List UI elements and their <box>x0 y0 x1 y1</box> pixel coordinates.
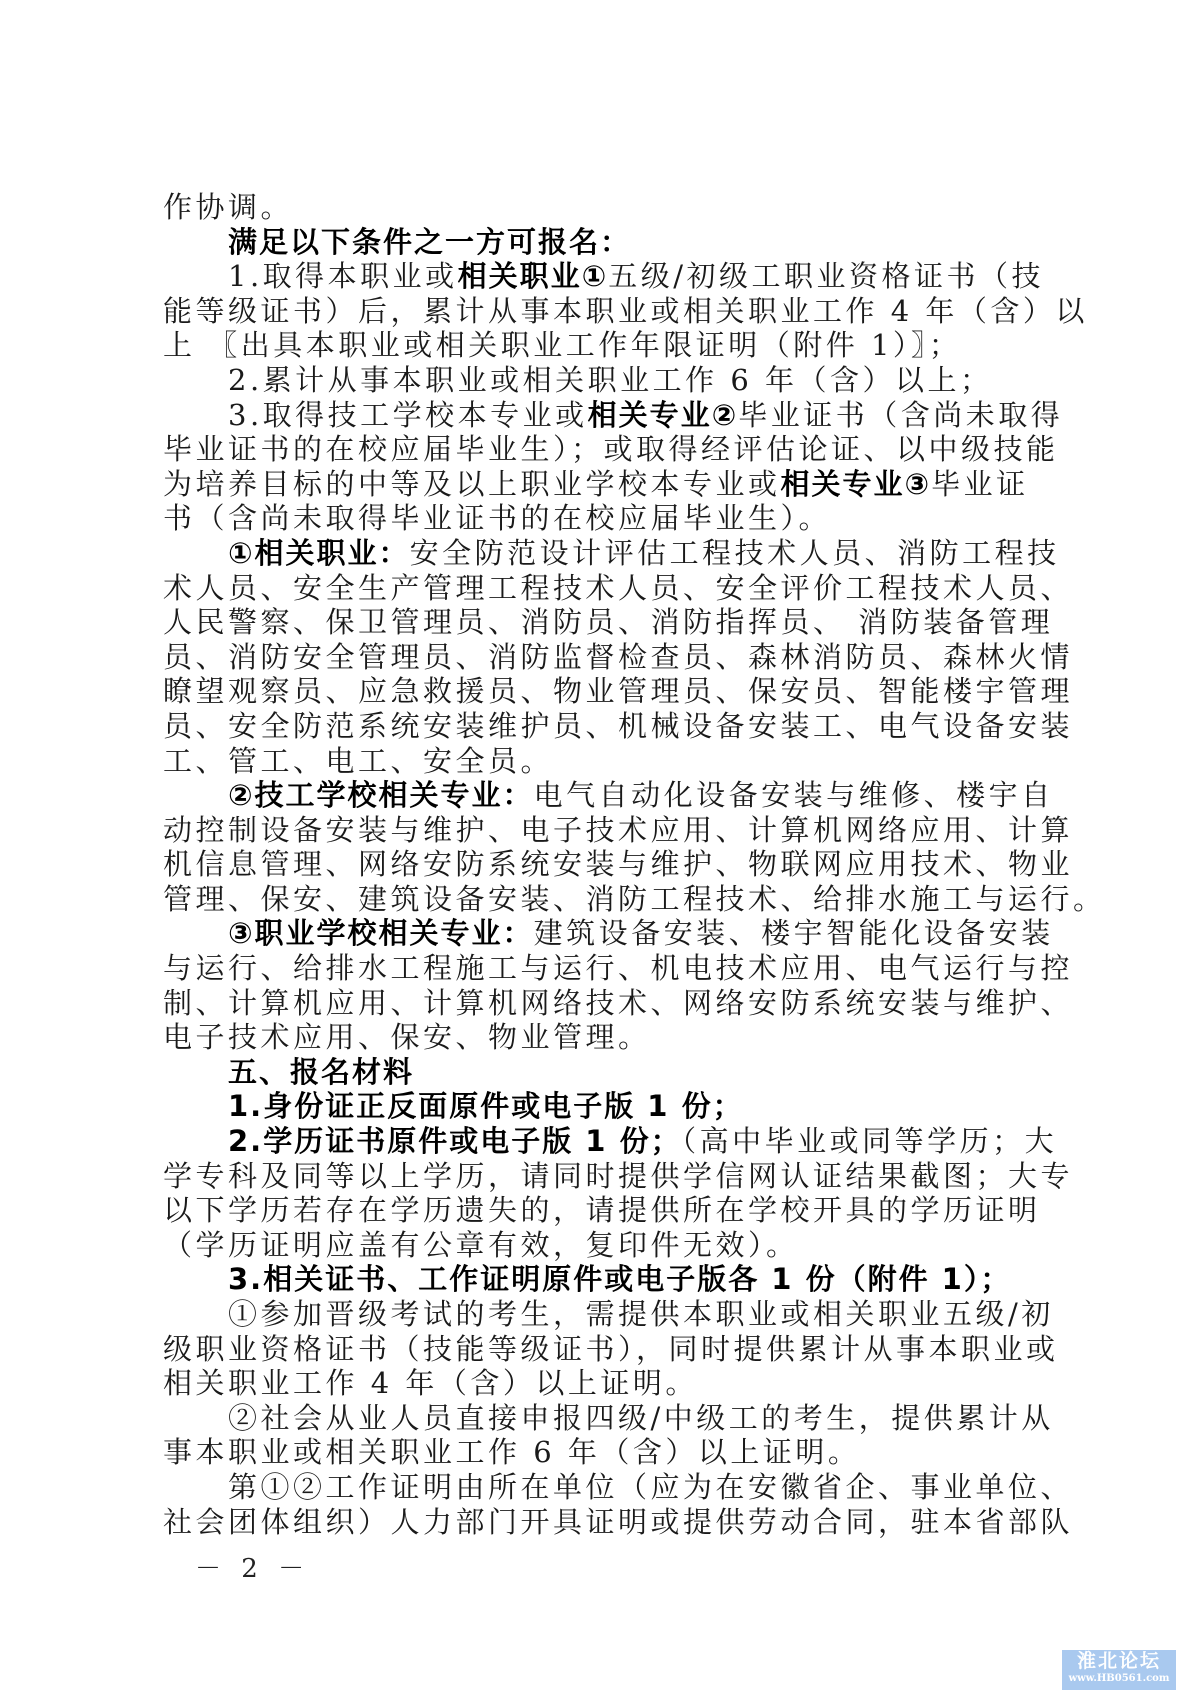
watermark-title: 淮北论坛 <box>1062 1650 1176 1672</box>
text-segment: 第①②工作证明由所在单位（应为在安徽省企、事业单位、 <box>228 1470 1073 1504</box>
watermark-logo: 淮北论坛 www.HB0561.com <box>1062 1650 1176 1690</box>
bold-text-segment: 五、报名材料 <box>228 1055 414 1089</box>
text-segment: 作协调。 <box>163 190 293 224</box>
text-segment: 建筑设备安装、楼宇智能化设备安装 <box>534 916 1054 950</box>
text-line: ②社会从业人员直接申报四级/中级工的考生，提供累计从 <box>163 1401 978 1436</box>
text-line: 相关职业工作 4 年（含）以上证明。 <box>163 1366 978 1401</box>
text-segment: 电气自动化设备安装与维修、楼宇自 <box>534 778 1054 812</box>
text-segment: 能等级证书）后，累计从事本职业或相关职业工作 4 年（含）以 <box>163 294 1088 328</box>
text-segment: 制、计算机应用、计算机网络技术、网络安防系统安装与维护、 <box>163 986 1073 1020</box>
text-line: 2.累计从事本职业或相关职业工作 6 年（含）以上； <box>163 363 978 398</box>
text-line: ②技工学校相关专业：电气自动化设备安装与维修、楼宇自 <box>163 778 978 813</box>
text-segment: 为培养目标的中等及以上职业学校本专业或 <box>163 467 781 501</box>
text-line: 为培养目标的中等及以上职业学校本专业或相关专业③毕业证 <box>163 467 978 502</box>
text-segment: 与运行、给排水工程施工与运行、机电技术应用、电气运行与控 <box>163 951 1073 985</box>
document-body: 作协调。满足以下条件之一方可报名：1.取得本职业或相关职业①五级/初级工职业资格… <box>163 190 978 1539</box>
text-line: 事本职业或相关职业工作 6 年（含）以上证明。 <box>163 1435 978 1470</box>
text-line: ③职业学校相关专业：建筑设备安装、楼宇智能化设备安装 <box>163 916 978 951</box>
text-segment: 人民警察、保卫管理员、消防员、消防指挥员、 消防装备管理 <box>163 605 1053 639</box>
text-segment: 毕业证书（含尚未取得 <box>738 398 1063 432</box>
text-line: 电子技术应用、保安、物业管理。 <box>163 1020 978 1055</box>
text-line: 员、消防安全管理员、消防监督检查员、森林消防员、森林火情 <box>163 640 978 675</box>
text-segment: 管理、保安、建筑设备安装、消防工程技术、给排水施工与运行。 <box>163 882 1106 916</box>
bold-text-segment: 相关职业① <box>458 259 609 293</box>
watermark-url: www.HB0561.com <box>1062 1672 1176 1686</box>
text-segment: 员、安全防范系统安装维护员、机械设备安装工、电气设备安装 <box>163 709 1073 743</box>
text-line: 五、报名材料 <box>163 1055 978 1090</box>
text-line: 第①②工作证明由所在单位（应为在安徽省企、事业单位、 <box>163 1470 978 1505</box>
text-line: 以下学历若存在学历遗失的，请提供所在学校开具的学历证明 <box>163 1193 978 1228</box>
text-line: 制、计算机应用、计算机网络技术、网络安防系统安装与维护、 <box>163 986 978 1021</box>
text-segment: 工、管工、电工、安全员。 <box>163 744 553 778</box>
text-segment: 事本职业或相关职业工作 6 年（含）以上证明。 <box>163 1435 860 1469</box>
text-segment: 瞭望观察员、应急救援员、物业管理员、保安员、智能楼宇管理 <box>163 674 1073 708</box>
text-line: ①参加晋级考试的考生，需提供本职业或相关职业五级/初 <box>163 1297 978 1332</box>
text-line: 能等级证书）后，累计从事本职业或相关职业工作 4 年（含）以 <box>163 294 978 329</box>
text-segment: 上 〖出具本职业或相关职业工作年限证明（附件 1）〗； <box>163 328 961 362</box>
text-segment: 毕业证书的在校应届毕业生）；或取得经评估论证、以中级技能 <box>163 432 1059 466</box>
text-segment: 2.累计从事本职业或相关职业工作 6 年（含）以上； <box>228 363 993 397</box>
text-segment: 相关职业工作 4 年（含）以上证明。 <box>163 1366 698 1400</box>
bold-text-segment: 相关专业② <box>588 398 739 432</box>
text-segment: 毕业证 <box>931 467 1029 501</box>
text-segment: 机信息管理、网络安防系统安装与维护、物联网应用技术、物业 <box>163 847 1073 881</box>
bold-text-segment: ②技工学校相关专业： <box>228 778 534 812</box>
text-segment: （学历证明应盖有公章有效，复印件无效）。 <box>163 1228 799 1262</box>
text-line: 工、管工、电工、安全员。 <box>163 744 978 779</box>
text-segment: 动控制设备安装与维护、电子技术应用、计算机网络应用、计算 <box>163 813 1073 847</box>
text-line: 社会团体组织）人力部门开具证明或提供劳动合同，驻本省部队 <box>163 1505 978 1540</box>
page-number: － 2 － <box>195 1548 310 1585</box>
text-segment: 级职业资格证书（技能等级证书），同时提供累计从事本职业或 <box>163 1332 1059 1366</box>
text-line: 满足以下条件之一方可报名： <box>163 225 978 260</box>
text-segment: ②社会从业人员直接申报四级/中级工的考生，提供累计从 <box>228 1401 1054 1435</box>
text-segment: ①参加晋级考试的考生，需提供本职业或相关职业五级/初 <box>228 1297 1054 1331</box>
text-line: 与运行、给排水工程施工与运行、机电技术应用、电气运行与控 <box>163 951 978 986</box>
text-line: ①相关职业：安全防范设计评估工程技术人员、消防工程技 <box>163 536 978 571</box>
text-line: 学专科及同等以上学历，请同时提供学信网认证结果截图；大专 <box>163 1159 978 1194</box>
text-line: 上 〖出具本职业或相关职业工作年限证明（附件 1）〗； <box>163 328 978 363</box>
text-line: 1.身份证正反面原件或电子版 1 份； <box>163 1089 978 1124</box>
text-segment: 1.取得本职业或 <box>228 259 458 293</box>
text-segment: 社会团体组织）人力部门开具证明或提供劳动合同，驻本省部队 <box>163 1505 1073 1539</box>
text-line: 动控制设备安装与维护、电子技术应用、计算机网络应用、计算 <box>163 813 978 848</box>
text-line: 3.相关证书、工作证明原件或电子版各 1 份（附件 1）； <box>163 1262 978 1297</box>
text-line: 员、安全防范系统安装维护员、机械设备安装工、电气设备安装 <box>163 709 978 744</box>
text-segment: 书（含尚未取得毕业证书的在校应届毕业生）。 <box>163 501 831 535</box>
text-line: 机信息管理、网络安防系统安装与维护、物联网应用技术、物业 <box>163 847 978 882</box>
text-segment: 3.取得技工学校本专业或 <box>228 398 588 432</box>
text-segment: 术人员、安全生产管理工程技术人员、安全评价工程技术人员、 <box>163 571 1073 605</box>
text-line: 术人员、安全生产管理工程技术人员、安全评价工程技术人员、 <box>163 571 978 606</box>
text-line: 人民警察、保卫管理员、消防员、消防指挥员、 消防装备管理 <box>163 605 978 640</box>
text-line: 2.学历证书原件或电子版 1 份；（高中毕业或同等学历；大 <box>163 1124 978 1159</box>
text-line: 作协调。 <box>163 190 978 225</box>
text-line: 管理、保安、建筑设备安装、消防工程技术、给排水施工与运行。 <box>163 882 978 917</box>
text-line: 1.取得本职业或相关职业①五级/初级工职业资格证书（技 <box>163 259 978 294</box>
bold-text-segment: 相关专业③ <box>781 467 932 501</box>
text-line: 书（含尚未取得毕业证书的在校应届毕业生）。 <box>163 501 978 536</box>
bold-text-segment: ③职业学校相关专业： <box>228 916 534 950</box>
text-line: （学历证明应盖有公章有效，复印件无效）。 <box>163 1228 978 1263</box>
bold-text-segment: 1.身份证正反面原件或电子版 1 份； <box>228 1089 744 1123</box>
text-segment: 员、消防安全管理员、消防监督检查员、森林消防员、森林火情 <box>163 640 1073 674</box>
text-line: 毕业证书的在校应届毕业生）；或取得经评估论证、以中级技能 <box>163 432 978 467</box>
bold-text-segment: 3.相关证书、工作证明原件或电子版各 1 份（附件 1）； <box>228 1262 1011 1296</box>
text-segment: 安全防范设计评估工程技术人员、消防工程技 <box>410 536 1060 570</box>
text-line: 瞭望观察员、应急救援员、物业管理员、保安员、智能楼宇管理 <box>163 674 978 709</box>
text-segment: 电子技术应用、保安、物业管理。 <box>163 1020 651 1054</box>
bold-text-segment: 满足以下条件之一方可报名： <box>228 225 631 259</box>
bold-text-segment: 2.学历证书原件或电子版 1 份； <box>228 1124 682 1158</box>
text-segment: 以下学历若存在学历遗失的，请提供所在学校开具的学历证明 <box>163 1193 1041 1227</box>
document-page: 作协调。满足以下条件之一方可报名：1.取得本职业或相关职业①五级/初级工职业资格… <box>0 0 1186 1696</box>
text-segment: 学专科及同等以上学历，请同时提供学信网认证结果截图；大专 <box>163 1159 1073 1193</box>
bold-text-segment: ①相关职业： <box>228 536 410 570</box>
text-segment: 五级/初级工职业资格证书（技 <box>608 259 1044 293</box>
text-line: 3.取得技工学校本专业或相关专业②毕业证书（含尚未取得 <box>163 398 978 433</box>
text-line: 级职业资格证书（技能等级证书），同时提供累计从事本职业或 <box>163 1332 978 1367</box>
text-segment: （高中毕业或同等学历；大 <box>682 1124 1058 1158</box>
